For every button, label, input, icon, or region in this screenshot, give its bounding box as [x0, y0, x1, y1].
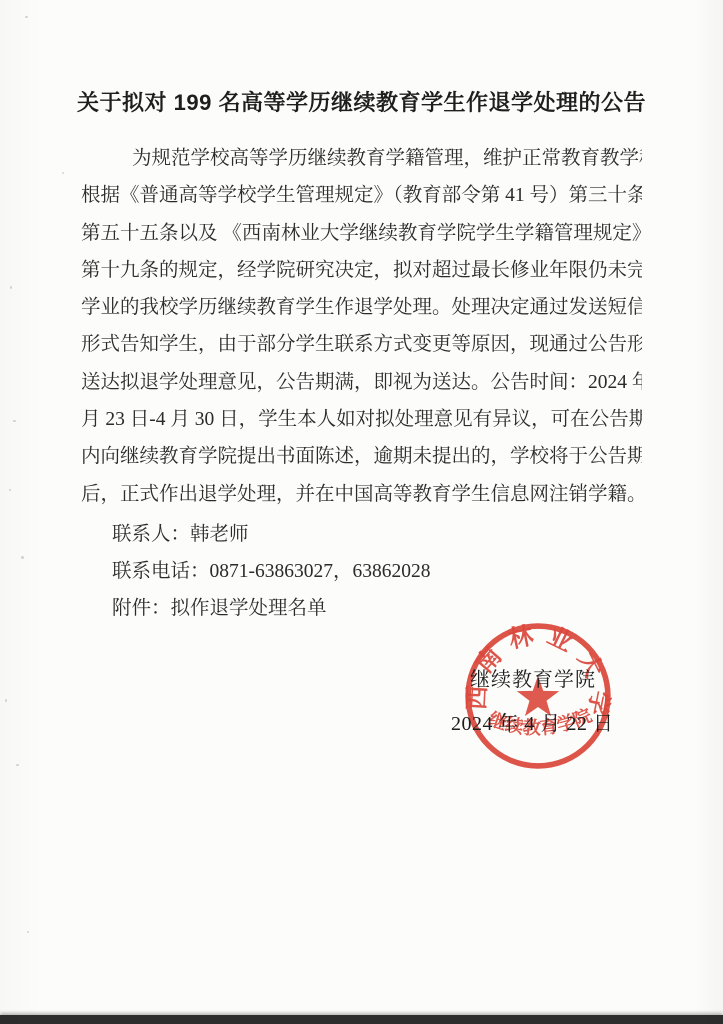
page-title: 关于拟对 199 名高等学历继续教育学生作退学处理的公告 [0, 86, 723, 117]
body-line: 学业的我校学历继续教育学生作退学处理。处理决定通过发送短信等 [81, 289, 642, 326]
contact-block: 联系人：韩老师 联系电话：0871-63863027，63862028 附件：拟… [112, 517, 431, 627]
signature-org: 继续教育学院 [470, 663, 596, 692]
announcement-body: 为规范学校高等学历继续教育学籍管理，维护正常教育教学秩序， 根据《普通高等学校学… [81, 140, 642, 513]
body-line: 第五十五条以及 《西南林业大学继续教育学院学生学籍管理规定》 [81, 215, 642, 252]
body-line: 形式告知学生，由于部分学生联系方式变更等原因，现通过公告形式 [81, 326, 642, 363]
body-line: 为规范学校高等学历继续教育学籍管理，维护正常教育教学秩序， [81, 140, 642, 177]
contact-phone-line: 联系电话：0871-63863027，63862028 [112, 554, 431, 591]
scan-speck [9, 489, 11, 491]
body-line: 内向继续教育学院提出书面陈述，逾期未提出的，学校将于公告期满 [81, 438, 642, 475]
contact-person-line: 联系人：韩老师 [112, 517, 431, 554]
signature-date: 2024 年 4 月 22 日 [451, 707, 614, 736]
official-seal: 西南林业大学 继续教育学院 [462, 620, 614, 772]
document-page: 关于拟对 199 名高等学历继续教育学生作退学处理的公告 为规范学校高等学历继续… [0, 0, 723, 1024]
body-line: 月 23 日-4 月 30 日，学生本人如对拟处理意见有异议，可在公告期 [81, 401, 642, 438]
scan-speck [21, 556, 24, 559]
body-line: 送达拟退学处理意见，公告期满，即视为送达。公告时间：2024 年 4 [81, 364, 642, 401]
scan-speck [5, 699, 7, 702]
body-line: 根据《普通高等学校学生管理规定》（教育部令第 41 号）第三十条、 [81, 177, 642, 214]
attachment-line: 附件：拟作退学处理名单 [112, 591, 431, 628]
scan-speck [27, 931, 29, 933]
scan-bottom-edge [0, 1015, 723, 1024]
scan-speck [62, 172, 64, 174]
body-line: 后，正式作出退学处理，并在中国高等教育学生信息网注销学籍。 [81, 476, 642, 513]
scan-speck [13, 420, 16, 422]
scan-speck [25, 16, 28, 18]
body-line: 第十九条的规定，经学院研究决定，拟对超过最长修业年限仍未完成 [81, 252, 642, 289]
scan-speck [10, 286, 12, 289]
scan-speck [16, 764, 19, 766]
